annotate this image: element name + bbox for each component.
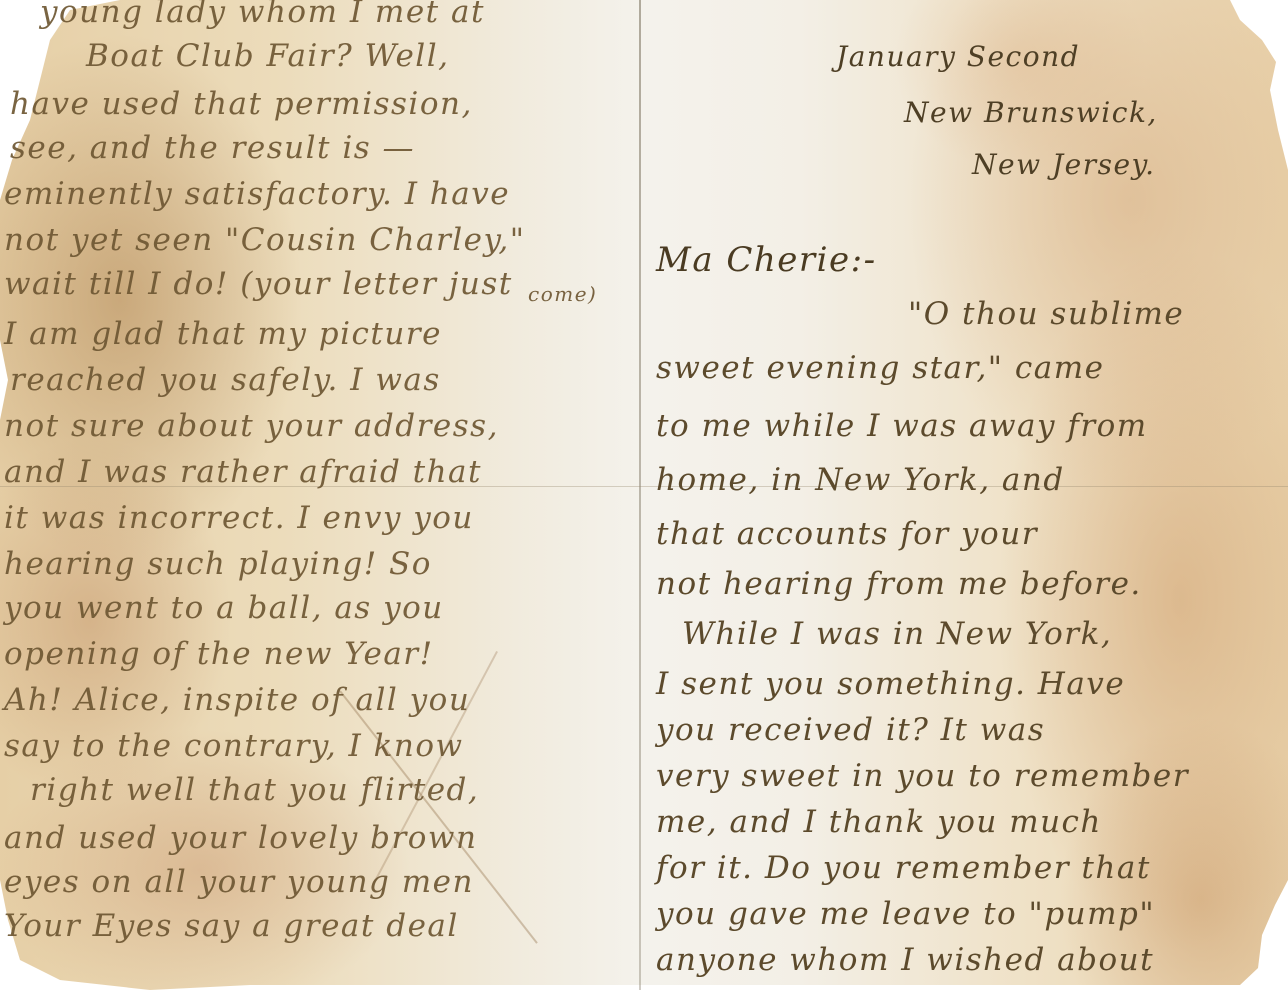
left-line: say to the contrary, I know	[4, 728, 464, 764]
dateline-city: New Brunswick,	[904, 96, 1158, 129]
left-line: reached you safely. I was	[10, 362, 441, 398]
left-line: you went to a ball, as you	[4, 590, 444, 626]
left-line: and used your lovely brown	[4, 820, 477, 856]
right-line: sweet evening star," came	[656, 350, 1105, 386]
left-line: hearing such playing! So	[4, 546, 432, 582]
left-line: not sure about your address,	[4, 408, 499, 444]
left-line: and I was rather afraid that	[4, 454, 482, 490]
right-line: very sweet in you to remember	[656, 758, 1189, 794]
right-line: home, in New York, and	[656, 462, 1065, 498]
left-line: wait till I do! (your letter just	[4, 266, 513, 302]
left-line: eminently satisfactory. I have	[4, 176, 510, 212]
left-line: see, and the result is —	[10, 130, 415, 166]
left-line: right well that you flirted,	[30, 772, 479, 808]
left-line: have used that permission,	[10, 86, 473, 122]
dateline-state: New Jersey.	[972, 148, 1156, 181]
left-line: I am glad that my picture	[4, 316, 442, 352]
right-line: for it. Do you remember that	[656, 850, 1151, 886]
right-line: While I was in New York,	[682, 616, 1112, 652]
left-line: Boat Club Fair? Well,	[86, 38, 450, 74]
right-line: "O thou sublime	[908, 296, 1184, 332]
left-line: eyes on all your young men	[4, 864, 474, 900]
right-line: me, and I thank you much	[656, 804, 1102, 840]
right-line: you gave me leave to "pump"	[656, 896, 1155, 932]
left-line-note: come)	[528, 282, 597, 306]
right-line: not hearing from me before.	[656, 566, 1142, 602]
right-line: that accounts for your	[656, 516, 1038, 552]
right-line: to me while I was away from	[656, 408, 1148, 444]
left-line: it was incorrect. I envy you	[4, 500, 474, 536]
right-line: anyone whom I wished about	[656, 942, 1154, 978]
left-line: young lady whom I met at	[40, 0, 485, 30]
right-line: you received it? It was	[656, 712, 1045, 748]
left-line: Your Eyes say a great deal	[4, 908, 459, 944]
vertical-fold	[639, 0, 641, 990]
left-line: opening of the new Year!	[4, 636, 434, 672]
right-line: I sent you something. Have	[656, 666, 1125, 702]
left-line: not yet seen "Cousin Charley,"	[4, 222, 526, 258]
letter-scan: young lady whom I met at Boat Club Fair?…	[0, 0, 1288, 1001]
left-line: Ah! Alice, inspite of all you	[4, 682, 470, 718]
salutation: Ma Cherie:-	[656, 240, 877, 280]
dateline-date: January Second	[836, 40, 1080, 73]
